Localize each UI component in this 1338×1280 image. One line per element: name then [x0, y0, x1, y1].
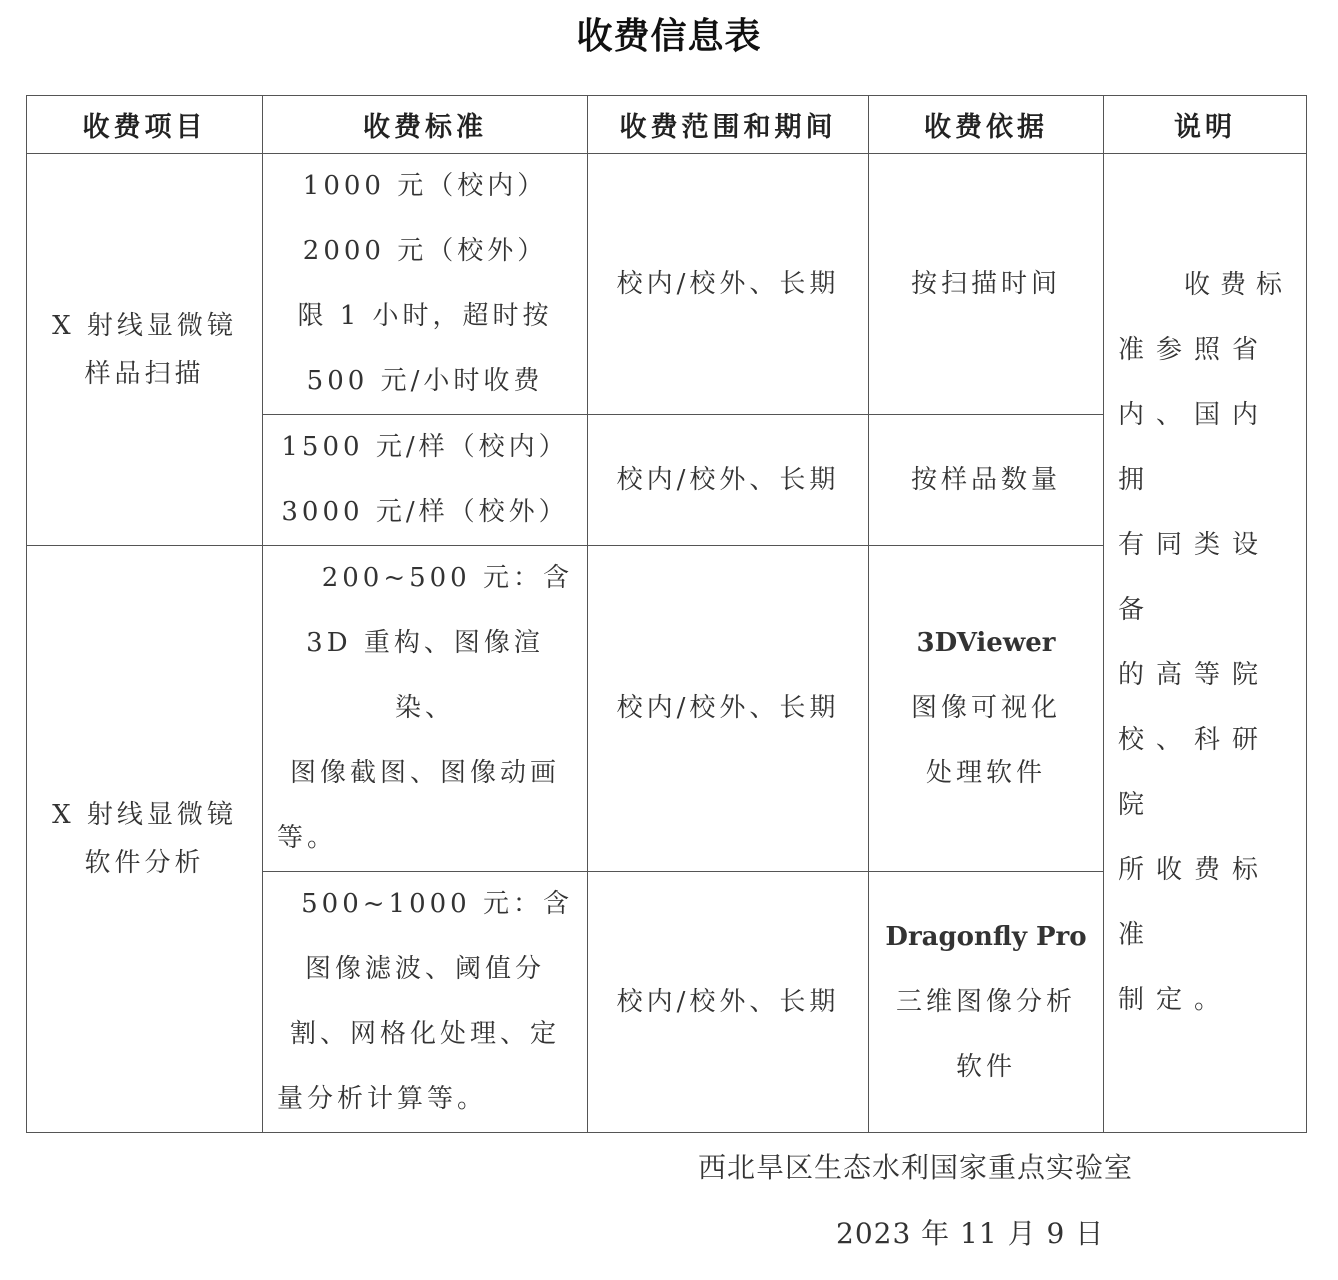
- standard-line: 1000 元（校内）: [263, 154, 587, 219]
- note-line: 校、科研院: [1118, 708, 1292, 838]
- organization-signature: 西北旱区生态水利国家重点实验室: [698, 1146, 1133, 1186]
- basis-cell: Dragonfly Pro 三维图像分析 软件: [869, 872, 1104, 1133]
- basis-line: 处理软件: [869, 741, 1103, 806]
- fee-table: 收费项目 收费标准 收费范围和期间 收费依据 说明 X 射线显微镜 样品扫描 1…: [26, 95, 1307, 1133]
- note-line: 内、国内拥: [1118, 383, 1292, 513]
- scope-cell: 校内/校外、长期: [588, 546, 869, 872]
- standard-line: 等。: [277, 806, 573, 871]
- issue-date: 2023 年 11 月 9 日: [836, 1212, 1104, 1252]
- item-line: 样品扫描: [27, 350, 262, 398]
- header-note: 说明: [1104, 96, 1307, 154]
- basis-cell: 3DViewer 图像可视化 处理软件: [869, 546, 1104, 872]
- table-header-row: 收费项目 收费标准 收费范围和期间 收费依据 说明: [27, 96, 1307, 154]
- item-line: X 射线显微镜: [27, 302, 262, 350]
- page-title: 收费信息表: [0, 8, 1338, 59]
- note-line: 有同类设备: [1118, 513, 1292, 643]
- standard-line: 1500 元/样（校内）: [263, 415, 587, 480]
- standard-line: 3D 重构、图像渲染、: [277, 611, 573, 741]
- scope-cell: 校内/校外、长期: [588, 415, 869, 546]
- basis-cell: 按扫描时间: [869, 154, 1104, 415]
- basis-line: 3DViewer: [869, 611, 1103, 676]
- item-line: X 射线显微镜: [27, 791, 262, 839]
- header-standard: 收费标准: [263, 96, 588, 154]
- table-row: X 射线显微镜 样品扫描 1000 元（校内） 2000 元（校外） 限 1 小…: [27, 154, 1307, 415]
- scope-cell: 校内/校外、长期: [588, 872, 869, 1133]
- standard-cell: 200~500 元：含 3D 重构、图像渲染、 图像截图、图像动画 等。: [263, 546, 588, 872]
- scope-cell: 校内/校外、长期: [588, 154, 869, 415]
- basis-line: Dragonfly Pro: [869, 905, 1103, 970]
- header-item: 收费项目: [27, 96, 263, 154]
- basis-line: 图像可视化: [869, 676, 1103, 741]
- item-cell: X 射线显微镜 样品扫描: [27, 154, 263, 546]
- standard-line: 图像截图、图像动画: [277, 741, 573, 806]
- note-line: 制定。: [1118, 968, 1292, 1033]
- standard-line: 500 元/小时收费: [263, 349, 587, 414]
- standard-cell: 1000 元（校内） 2000 元（校外） 限 1 小时，超时按 500 元/小…: [263, 154, 588, 415]
- standard-line: 500~1000 元：含: [277, 872, 573, 937]
- basis-line: 软件: [869, 1035, 1103, 1100]
- standard-line: 限 1 小时，超时按: [263, 284, 587, 349]
- standard-line: 200~500 元：含: [277, 546, 573, 611]
- header-basis: 收费依据: [869, 96, 1104, 154]
- standard-cell: 500~1000 元：含 图像滤波、阈值分 割、网格化处理、定 量分析计算等。: [263, 872, 588, 1133]
- item-line: 软件分析: [27, 839, 262, 887]
- standard-line: 2000 元（校外）: [263, 219, 587, 284]
- standard-line: 3000 元/样（校外）: [263, 480, 587, 545]
- note-line: 收费标: [1118, 253, 1292, 318]
- standard-line: 图像滤波、阈值分: [277, 937, 573, 1002]
- header-scope: 收费范围和期间: [588, 96, 869, 154]
- basis-line: 三维图像分析: [869, 970, 1103, 1035]
- item-cell: X 射线显微镜 软件分析: [27, 546, 263, 1133]
- note-line: 的高等院: [1118, 643, 1292, 708]
- standard-cell: 1500 元/样（校内） 3000 元/样（校外）: [263, 415, 588, 546]
- note-line: 准参照省: [1118, 318, 1292, 383]
- note-line: 所收费标准: [1118, 838, 1292, 968]
- standard-line: 割、网格化处理、定: [277, 1002, 573, 1067]
- standard-line: 量分析计算等。: [277, 1067, 573, 1132]
- note-cell: 收费标 准参照省 内、国内拥 有同类设备 的高等院 校、科研院 所收费标准 制定…: [1104, 154, 1307, 1133]
- basis-cell: 按样品数量: [869, 415, 1104, 546]
